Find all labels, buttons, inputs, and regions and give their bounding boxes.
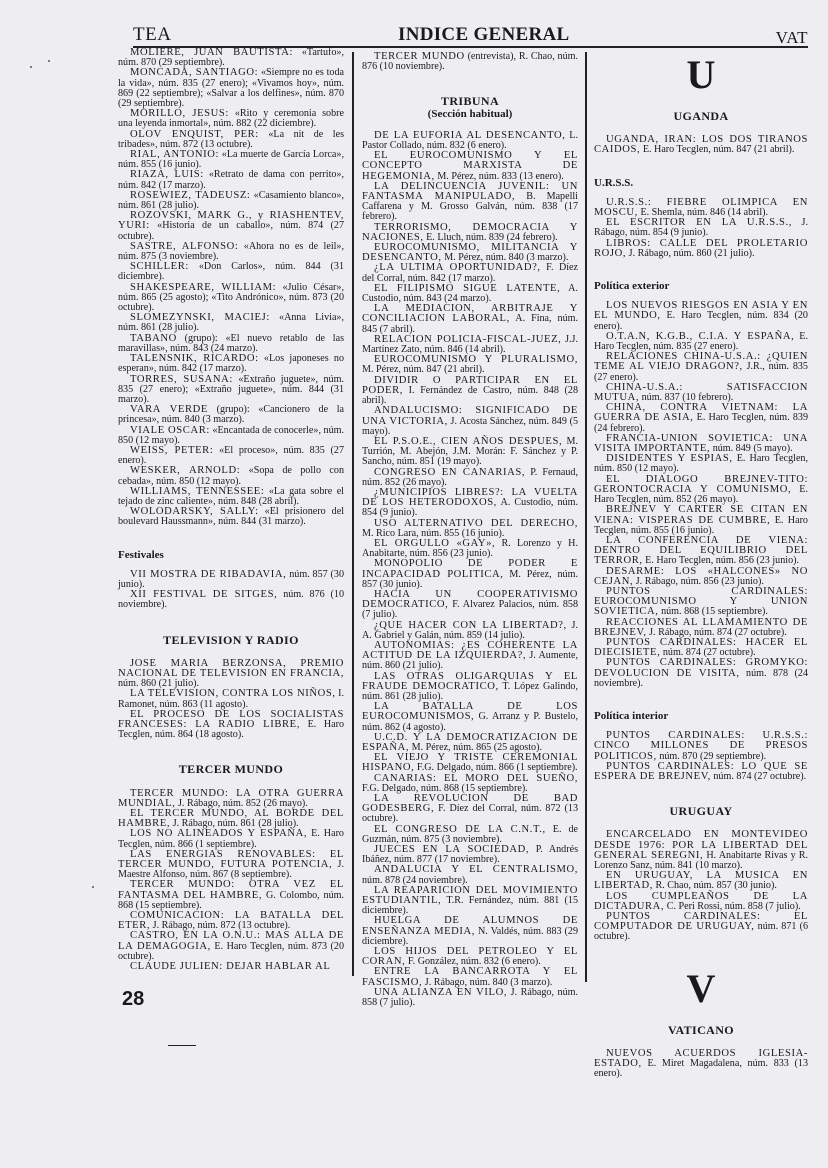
running-header: TEA INDICE GENERAL VAT	[133, 24, 808, 48]
entry-reference: E. Haro Tecglen, núm. 847 (21 abril).	[640, 144, 794, 155]
entry-title: VII MOSTRA DE RIBADAVIA,	[130, 569, 286, 580]
section-heading-tribuna: TRIBUNA	[362, 96, 578, 106]
index-entry: EL CONGRESO DE LA C.N.T., E. de Guzmán, …	[362, 825, 578, 845]
index-entry: DIVIDIR O PARTICIPAR EN EL PODER, I. Fer…	[362, 376, 578, 407]
letter-divider-v: V	[594, 969, 808, 1009]
index-entry: MORILLO, JESUS: «Rito y ceremonia sobre …	[118, 109, 344, 129]
index-entry: CHINA, CONTRA VIETNAM: LA GUERRA DE ASIA…	[594, 403, 808, 434]
index-entry: EL FILIPISMO SIGUE LATENTE, A. Custodio,…	[362, 284, 578, 304]
index-entry: SCHILLER: «Don Carlos», núm. 844 (31 dic…	[118, 262, 344, 282]
index-entry: EL P.S.O.E., CIEN AÑOS DESPUES, M. Turri…	[362, 437, 578, 468]
entry-list: ENCARCELADO EN MONTEVIDEO DESDE 1976: PO…	[594, 830, 808, 942]
index-entry: LA CONFERENCIA DE VIENA: DENTRO DEL EQUI…	[594, 536, 808, 567]
section-heading-tercer-mundo: TERCER MUNDO	[118, 764, 344, 774]
index-entry: WILLIAMS, TENNESSEE: «La gata sobre el t…	[118, 487, 344, 507]
index-entry: DISIDENTES Y ESPIAS, E. Haro Tecglen, nú…	[594, 454, 808, 474]
index-entry: EUROCOMUNISMO Y PLURALISMO, M. Pérez, nú…	[362, 355, 578, 375]
index-entry: SHAKESPEARE, WILLIAM: «Julio César», núm…	[118, 283, 344, 314]
entry-title: CLAUDE JULIEN: DEJAR HABLAR AL	[130, 961, 330, 972]
header-right-guide-word: VAT	[776, 28, 808, 48]
index-entry: EUROCOMUNISMO, MILITANCIA Y DESENCANTO, …	[362, 243, 578, 263]
entry-title: EL DIALOGO BREJNEV-TITO: GERONTOCRACIA Y…	[594, 474, 808, 495]
index-entry: ANDALUCIA Y EL CENTRALISMO, núm. 878 (24…	[362, 865, 578, 885]
index-entry: BREJNEV Y CARTER SE CITAN EN VIENA: VISP…	[594, 505, 808, 536]
section-heading-festivales: Festivales	[118, 550, 344, 560]
index-entry: TABANO (grupo): «El nuevo retablo de las…	[118, 334, 344, 354]
index-entry: UGANDA, IRAN: LOS DOS TIRANOS CAIDOS, E.…	[594, 135, 808, 155]
index-entry: SASTRE, ALFONSO: «Ahora no es de leil», …	[118, 242, 344, 262]
index-entry: PUNTOS CARDINALES: LO QUE SE ESPERA DE B…	[594, 762, 808, 782]
header-left-guide-word: TEA	[133, 24, 171, 46]
entry-reference: núm. 874 (27 octubre).	[711, 771, 806, 782]
index-entry: LAS OTRAS OLIGARQUIAS Y EL FRAUDE DEMOCR…	[362, 672, 578, 703]
index-entry: LOS CUMPLEAÑOS DE LA DICTADURA, C. Peri …	[594, 892, 808, 912]
index-entry: ¿QUE HACER CON LA LIBERTAD?, J. A. Gabri…	[362, 621, 578, 641]
index-entry: MONCADA, SANTIAGO: «Siempre no es toda l…	[118, 68, 344, 109]
index-entry: WOLODARSKY, SALLY: «El prisionero del bo…	[118, 507, 344, 527]
index-entry: ANDALUCISMO: SIGNIFICADO DE UNA VICTORIA…	[362, 406, 578, 437]
index-entry: WESKER, ARNOLD: «Sopa de pollo con cebad…	[118, 466, 344, 486]
index-entry: NUEVOS ACUERDOS IGLESIA-ESTADO, E. Miret…	[594, 1049, 808, 1080]
index-entry: FRANCIA-UNION SOVIETICA: UNA VISITA IMPO…	[594, 434, 808, 454]
section-heading-vaticano: VATICANO	[594, 1025, 808, 1035]
index-entry: EL ORGULLO «GAY», R. Lorenzo y H. Anabit…	[362, 539, 578, 559]
index-entry: CHINA-U.S.A.: SATISFACCION MUTUA, núm. 8…	[594, 383, 808, 403]
footer-dash	[168, 1045, 196, 1046]
index-entry: UNA ALIANZA EN VILO, J. Rábago, núm. 858…	[362, 988, 578, 1008]
index-entry: LAS ENERGIAS RENOVABLES: EL TERCER MUNDO…	[118, 850, 344, 881]
index-entry: SLOMEZYNSKI, MACIEJ: «Anna Livia», núm. …	[118, 313, 344, 333]
entry-list: U.R.S.S.: FIEBRE OLIMPICA EN MOSCU, E. S…	[594, 198, 808, 259]
index-entry: CONGRESO EN CANARIAS, P. Fernaud, núm. 8…	[362, 468, 578, 488]
index-entry: LOS HIJOS DEL PETROLEO Y EL CORAN, F. Go…	[362, 947, 578, 967]
index-entry: ROZOVSKI, MARK G., y RIASHENTEV, YURI: «…	[118, 211, 344, 242]
index-entry: ¿MUNICIPIOS LIBRES?: LA VUELTA DE LOS HE…	[362, 488, 578, 519]
index-entry: WEISS, PETER: «El proceso», núm. 835 (27…	[118, 446, 344, 466]
index-entry: PUNTOS CARDINALES: U.R.S.S.: CINCO MILLO…	[594, 731, 808, 762]
index-entry: LIBROS: CALLE DEL PROLETARIO ROJO, J. Rá…	[594, 239, 808, 259]
paper-speck	[92, 886, 94, 888]
entry-list: DE LA EUFORIA AL DESENCANTO, L. Pastor C…	[362, 131, 578, 1008]
index-entry: U.R.S.S.: FIEBRE OLIMPICA EN MOSCU, E. S…	[594, 198, 808, 218]
index-entry: CLAUDE JULIEN: DEJAR HABLAR AL	[118, 962, 344, 972]
index-entry: ENTRE LA BANCARROTA Y EL FASCISMO, J. Rá…	[362, 967, 578, 987]
index-entry: DE LA EUFORIA AL DESENCANTO, L. Pastor C…	[362, 131, 578, 151]
index-entry: TALENSNIK, RICARDO: «Los japoneses no es…	[118, 354, 344, 374]
index-entry: TERCER MUNDO: LA OTRA GUERRA MUNDIAL, J.…	[118, 789, 344, 809]
letter-divider-u: U	[594, 55, 808, 95]
index-entry: COMUNICACION: LA BATALLA DEL ETER, J. Rá…	[118, 911, 344, 931]
paper-speck	[48, 60, 50, 62]
entry-list: MOLIERE, JUAN BAUTISTA: «Tartufo», núm. …	[118, 48, 344, 528]
entry-reference: J. Rábago, núm. 860 (21 julio).	[626, 248, 754, 259]
index-entry: MONOPOLIO DE PODER E INCAPACIDAD POLITIC…	[362, 559, 578, 590]
entry-list: UGANDA, IRAN: LOS DOS TIRANOS CAIDOS, E.…	[594, 135, 808, 155]
index-entry: EL DIALOGO BREJNEV-TITO: GERONTOCRACIA Y…	[594, 475, 808, 506]
entry-list: JOSE MARIA BERZONSA, PREMIO NACIONAL DE …	[118, 659, 344, 741]
page-title: INDICE GENERAL	[398, 24, 570, 46]
entry-title: JOSE MARIA BERZONSA, PREMIO NACIONAL DE …	[118, 658, 344, 679]
index-entry: JUECES EN LA SOCIEDAD, P. Andrés Ibáñez,…	[362, 845, 578, 865]
index-entry: LOS NUEVOS RIESGOS EN ASIA Y EN EL MUNDO…	[594, 301, 808, 332]
column-3: U UGANDA UGANDA, IRAN: LOS DOS TIRANOS C…	[594, 55, 808, 1079]
index-entry: REACCIONES AL LLAMAMIENTO DE BREJNEV, J.…	[594, 618, 808, 638]
entry-list: TERCER MUNDO: LA OTRA GUERRA MUNDIAL, J.…	[118, 789, 344, 973]
index-entry: TERCER MUNDO (entrevista), R. Chao, núm.…	[362, 52, 578, 72]
index-entry: USO ALTERNATIVO DEL DERECHO, M. Rico Lar…	[362, 519, 578, 539]
index-entry: RELACIONES CHINA-U.S.A.: ¿QUIEN TEME AL …	[594, 352, 808, 383]
section-subheading: (Sección habitual)	[362, 109, 578, 119]
index-entry: OLOV ENQUIST, PER: «La nit de les tribad…	[118, 130, 344, 150]
index-entry: ENCARCELADO EN MONTEVIDEO DESDE 1976: PO…	[594, 830, 808, 871]
section-heading-politica-exterior: Política exterior	[594, 281, 808, 291]
index-entry: EL ESCRITOR EN LA U.R.S.S., J. Rábago, n…	[594, 218, 808, 238]
index-entry: EL VIEJO Y TRISTE CEREMONIAL HISPANO, F.…	[362, 753, 578, 773]
section-heading-uganda: UGANDA	[594, 111, 808, 121]
index-entry: VARA VERDE (grupo): «Cancionero de la pr…	[118, 405, 344, 425]
index-entry: VIALE OSCAR: «Encantada de conocerle», n…	[118, 426, 344, 446]
index-entry: JOSE MARIA BERZONSA, PREMIO NACIONAL DE …	[118, 659, 344, 690]
index-entry: DESARME: LOS «HALCONES» NO CEJAN, J. Ráb…	[594, 567, 808, 587]
index-entry: PUNTOS CARDINALES: GROMYKO: DEVOLUCION D…	[594, 658, 808, 689]
section-heading-urss: U.R.S.S.	[594, 178, 808, 188]
entry-list: LOS NUEVOS RIESGOS EN ASIA Y EN EL MUNDO…	[594, 301, 808, 689]
section-heading-uruguay: URUGUAY	[594, 806, 808, 816]
index-entry: CANARIAS: EL MORO DEL SUEÑO, F.G. Delgad…	[362, 774, 578, 794]
entry-title: LAS ENERGIAS RENOVABLES: EL TERCER MUNDO…	[118, 849, 344, 870]
index-entry: RELACION POLICIA-FISCAL-JUEZ, J.J. Martí…	[362, 335, 578, 355]
index-entry: AUTONOMIAS: ¿ES COHERENTE LA ACTITUD DE …	[362, 641, 578, 672]
index-entry: LA MEDIACION, ARBITRAJE Y CONCILIACION L…	[362, 304, 578, 335]
index-entry: HUELGA DE ALUMNOS DE ENSEÑANZA MEDIA, N.…	[362, 916, 578, 947]
index-entry: EL EUROCOMUNISMO Y EL CONCEPTO MARXISTA …	[362, 151, 578, 182]
index-entry: EN URUGUAY, LA MUSICA EN LIBERTAD, R. Ch…	[594, 871, 808, 891]
index-entry: RIAL, ANTONIO: «La muerte de García Lorc…	[118, 150, 344, 170]
index-entry: EL PROCESO DE LOS SOCIALISTAS FRANCESES:…	[118, 710, 344, 741]
column-2: TERCER MUNDO (entrevista), R. Chao, núm.…	[362, 52, 578, 1008]
index-entry: LA REAPARICION DEL MOVIMIENTO ESTUDIANTI…	[362, 886, 578, 917]
index-entry: O.T.A.N, K.G.B., C.I.A. Y ESPAÑA, E. Har…	[594, 332, 808, 352]
entry-list: NUEVOS ACUERDOS IGLESIA-ESTADO, E. Miret…	[594, 1049, 808, 1080]
index-entry: LA TELEVISION, CONTRA LOS NIÑOS, I. Ramo…	[118, 689, 344, 709]
index-entry: EL TERCER MUNDO, AL BORDE DEL HAMBRE, J.…	[118, 809, 344, 829]
index-entry: TERRORISMO, DEMOCRACIA Y NACIONES, E. Ll…	[362, 223, 578, 243]
section-heading-television: TELEVISION Y RADIO	[118, 635, 344, 645]
entry-list: PUNTOS CARDINALES: U.R.S.S.: CINCO MILLO…	[594, 731, 808, 782]
index-entry: CASTRO, EN LA O.N.U.: MAS ALLA DE LA DEM…	[118, 931, 344, 962]
index-entry: LA REVOLUCION DE BAD GODESBERG, F. Díez …	[362, 794, 578, 825]
index-entry: PUNTOS CARDINALES: HACER EL DIECISIETE, …	[594, 638, 808, 658]
index-entry: LOS NO ALINEADOS Y ESPAÑA, E. Haro Tecgl…	[118, 829, 344, 849]
index-entry: LA BATALLA DE LOS EUROCOMUNISMOS, G. Arr…	[362, 702, 578, 733]
index-entry: ¿LA ULTIMA OPORTUNIDAD?, F. Díez del Cor…	[362, 263, 578, 283]
column-divider	[585, 52, 587, 982]
index-entry: LA DELINCUENCIA JUVENIL: UN FANTASMA MAN…	[362, 182, 578, 223]
page-number: 28	[122, 988, 144, 1011]
index-entry: U.C.D. Y LA DEMOCRATIZACION DE ESPAÑA, M…	[362, 733, 578, 753]
index-entry: RIAZA, LUIS: «Retrato de dama con perrit…	[118, 170, 344, 190]
index-entry: VII MOSTRA DE RIBADAVIA, núm. 857 (30 ju…	[118, 570, 344, 590]
index-entry: XII FESTIVAL DE SITGES, núm. 876 (10 nov…	[118, 590, 344, 610]
index-entry: PUNTOS CARDINALES: EUROCOMUNISMO Y UNION…	[594, 587, 808, 618]
index-entry: TORRES, SUSANA: «Extraño juguete», núm. …	[118, 375, 344, 406]
index-entry: HACIA UN COOPERATIVISMO DEMOCRATICO, F. …	[362, 590, 578, 621]
index-entry: TERCER MUNDO: OTRA VEZ EL FANTASMA DEL H…	[118, 880, 344, 911]
paper-speck	[30, 66, 32, 68]
index-entry: ROSEWIEZ, TADEUSZ: «Casamiento blanco», …	[118, 191, 344, 211]
entry-reference: «Historia de un caballo», núm. 874 (27 o…	[118, 220, 344, 241]
column-1: MOLIERE, JUAN BAUTISTA: «Tartufo», núm. …	[118, 48, 344, 972]
entry-list: VII MOSTRA DE RIBADAVIA, núm. 857 (30 ju…	[118, 570, 344, 611]
index-entry: PUNTOS CARDINALES: EL COMPUTADOR DE URUG…	[594, 912, 808, 943]
index-entry: MOLIERE, JUAN BAUTISTA: «Tartufo», núm. …	[118, 48, 344, 68]
column-divider	[352, 52, 354, 976]
section-heading-politica-interior: Política interior	[594, 711, 808, 721]
